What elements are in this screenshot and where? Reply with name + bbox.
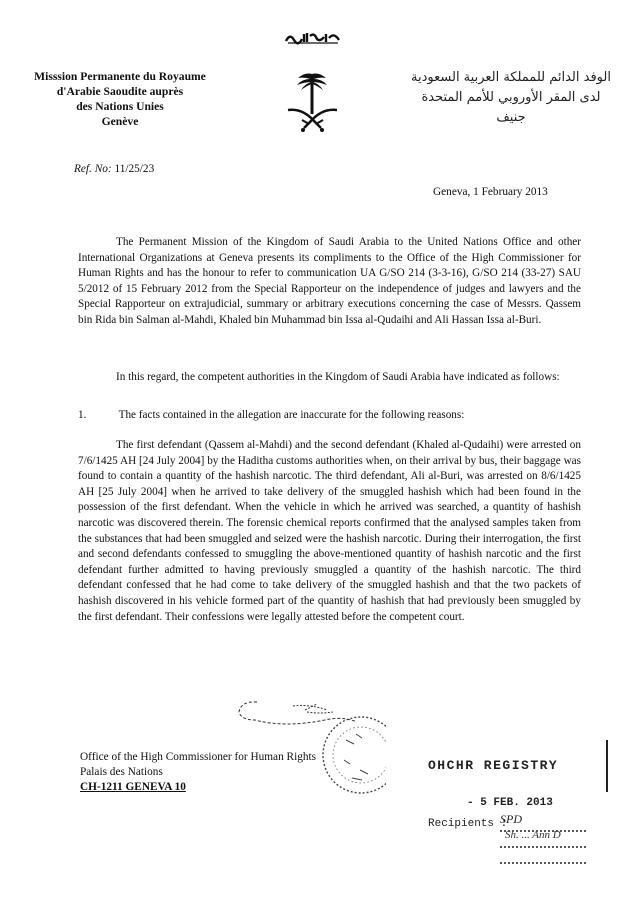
paragraph-regard: In this regard, the competent authoritie…: [78, 370, 581, 386]
mission-fr-line: d'Arabie Saoudite auprès: [20, 84, 220, 99]
reference-value: 11/25/23: [114, 163, 154, 175]
letter-page: Misssion Permanente du Royaume d'Arabie …: [0, 0, 640, 903]
mission-name-french: Misssion Permanente du Royaume d'Arabie …: [20, 69, 220, 129]
saudi-emblem-icon: [285, 68, 340, 136]
official-seal-stamp-icon: [316, 710, 386, 800]
stamp-border-line: [606, 740, 608, 792]
mission-ar-line: جنيف: [400, 108, 622, 128]
point-number: 1.: [78, 409, 116, 421]
registry-stamp-date: - 5 FEB. 2013: [467, 797, 553, 809]
paragraph-intro: The Permanent Mission of the Kingdom of …: [78, 235, 581, 329]
numbered-point-1: 1. The facts contained in the allegation…: [78, 409, 464, 421]
paragraph-facts-text: The first defendant (Qassem al-Mahdi) an…: [78, 438, 581, 625]
registry-stamp-title: OHCHR REGISTRY: [428, 758, 558, 773]
recipients-dotted-line: [500, 862, 586, 864]
paragraph-facts: The first defendant (Qassem al-Mahdi) an…: [78, 438, 581, 625]
addressee-line: Office of the High Commissioner for Huma…: [80, 750, 316, 765]
basmala-calligraphy-icon: [284, 30, 342, 45]
addressee-block: Office of the High Commissioner for Huma…: [80, 750, 316, 795]
addressee-line: Palais des Nations: [80, 765, 316, 780]
mission-name-arabic: الوفد الدائم للمملكة العربية السعودية لد…: [400, 68, 622, 128]
mission-ar-line: الوفد الدائم للمملكة العربية السعودية: [400, 68, 622, 88]
reference-number: Ref. No: 11/25/23: [74, 163, 154, 175]
point-text: The facts contained in the allegation ar…: [119, 409, 465, 421]
reference-label: Ref. No:: [74, 163, 112, 175]
paragraph-intro-text: The Permanent Mission of the Kingdom of …: [78, 235, 581, 329]
mission-fr-line: Misssion Permanente du Royaume: [20, 69, 220, 84]
mission-fr-line: des Nations Unies: [20, 99, 220, 114]
recipients-label: Recipients :: [428, 818, 507, 830]
mission-ar-line: لدى المقر الأوروبي للأمم المتحدة: [400, 88, 622, 108]
recipients-dotted-line: [500, 846, 586, 848]
mission-fr-line: Genève: [20, 114, 220, 129]
recipients-dotted-line: [500, 830, 586, 832]
recipients-handwritten-1: SPD: [500, 812, 522, 827]
dateline: Geneva, 1 February 2013: [433, 186, 548, 198]
paragraph-regard-text: In this regard, the competent authoritie…: [78, 370, 581, 386]
addressee-city: CH-1211 GENEVA 10: [80, 780, 316, 795]
